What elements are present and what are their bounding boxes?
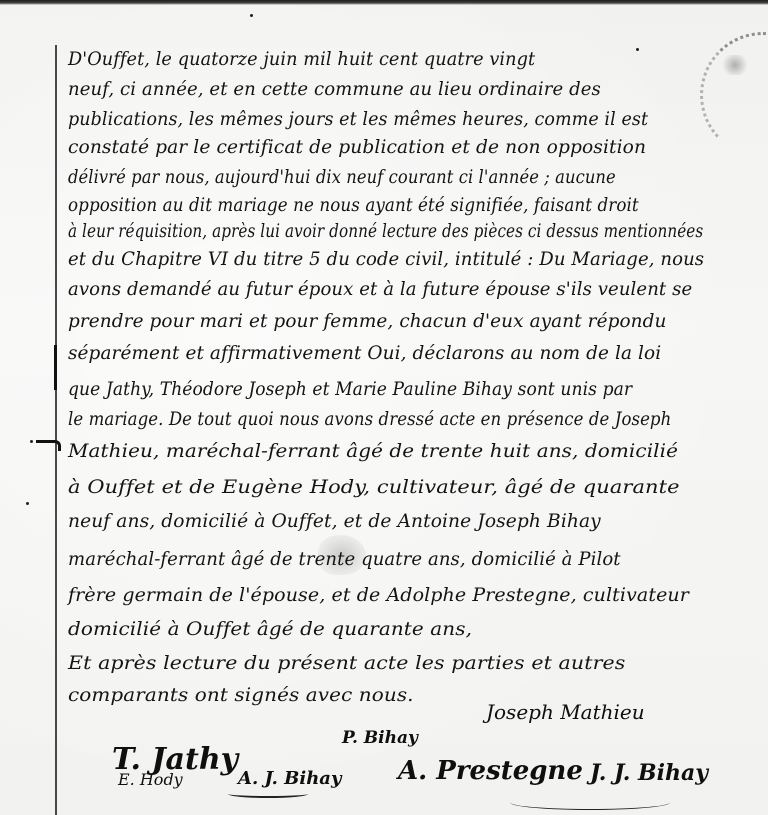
record-line: constaté par le certificat de publicatio… — [68, 136, 646, 158]
record-line: et du Chapitre VI du titre 5 du code civ… — [68, 248, 704, 270]
record-line: publications, les mêmes jours et les mêm… — [68, 108, 648, 130]
record-line: délivré par nous, aujourd'hui dix neuf c… — [68, 166, 616, 188]
stamp-ink-marks — [720, 55, 750, 75]
record-line: neuf, ci année, et en cette commune au l… — [68, 78, 601, 100]
record-line: à leur réquisition, après lui avoir donn… — [68, 220, 703, 242]
official-stamp-partial — [700, 32, 768, 158]
signature: Joseph Mathieu — [486, 700, 645, 724]
record-line: prendre pour mari et pour femme, chacun … — [68, 310, 667, 332]
signature: E. Hody — [118, 770, 183, 789]
record-line: domicilié à Ouffet âgé de quarante ans, — [68, 618, 472, 640]
margin-rule-thick-segment — [54, 345, 57, 390]
signature: J. J. Bihay — [590, 760, 708, 786]
record-line: à Ouffet et de Eugène Hody, cultivateur,… — [68, 476, 680, 498]
record-line: comparants ont signés avec nous. — [68, 684, 414, 706]
signature-flourish — [510, 795, 670, 810]
ink-dot — [30, 440, 33, 443]
ink-dot — [250, 14, 253, 17]
record-line: que Jathy, Théodore Joseph et Marie Paul… — [68, 378, 632, 400]
record-line: Mathieu, maréchal-ferrant âgé de trente … — [68, 440, 678, 462]
record-line: D'Ouffet, le quatorze juin mil huit cent… — [68, 48, 535, 70]
record-line: opposition au dit mariage ne nous ayant … — [68, 194, 639, 216]
signature: A. Prestegne — [398, 756, 583, 786]
record-line: frère germain de l'épouse, et de Adolphe… — [68, 584, 689, 606]
signature: P. Bihay — [342, 728, 418, 748]
page-top-edge-shadow — [0, 0, 768, 5]
record-line: Et après lecture du présent acte les par… — [68, 652, 625, 674]
signature: A. J. Bihay — [238, 768, 341, 789]
signature-flourish — [228, 790, 308, 798]
record-line: maréchal-ferrant âgé de trente quatre an… — [68, 548, 621, 570]
margin-mark — [36, 440, 61, 451]
record-line: séparément et affirmativement Oui, décla… — [68, 342, 661, 364]
ink-dot — [26, 502, 29, 505]
record-line: le mariage. De tout quoi nous avons dres… — [68, 408, 671, 430]
record-line: avons demandé au futur époux et à la fut… — [68, 278, 692, 300]
record-line: neuf ans, domicilié à Ouffet, et de Anto… — [68, 510, 601, 532]
scanned-document-page: D'Ouffet, le quatorze juin mil huit cent… — [0, 0, 768, 815]
ink-dot — [636, 48, 639, 51]
left-margin-rule — [55, 45, 57, 815]
